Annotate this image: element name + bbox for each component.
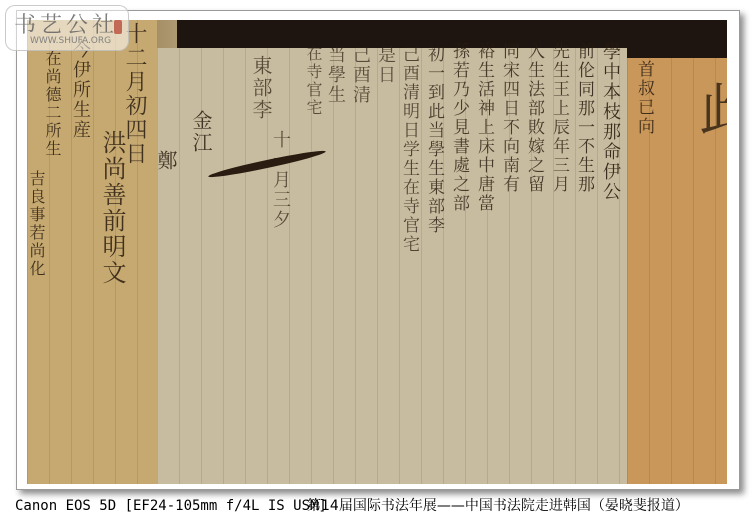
watermark: 书艺公社 WWW.SHUFA.ORG: [5, 5, 129, 51]
calligraphy-photo: 十二月初四日 洪尚善前明文 今伊所生産 在尚德二所生 吉良事若尚化 東部李 鄭 …: [27, 20, 727, 484]
script-column: 十一月三夕: [267, 130, 293, 230]
script-column: 己酉清明日学生在寺官宅: [397, 45, 421, 484]
script-column: 裕生活神上床中唐當: [472, 42, 497, 482]
script-column: 初一到此当學生東部李: [422, 45, 447, 484]
seal-icon: [114, 20, 122, 34]
script-column: 吉良事若尚化: [27, 170, 48, 278]
watermark-title: 书艺公社: [14, 8, 118, 39]
script-column: 今伊所生産: [67, 40, 93, 140]
dark-background-right: [627, 48, 727, 58]
camera-caption: Canon EOS 5D [EF24-105mm f/4L IS USM]: [15, 498, 327, 514]
script-column: 鄭: [152, 150, 181, 172]
script-column: 同宋四日不向南有: [497, 42, 522, 482]
script-column: 先生王上辰年三月: [547, 42, 572, 482]
script-column: 前伦同那一不生那: [572, 42, 597, 482]
script-column: 在尚德二所生: [41, 50, 64, 158]
script-column: 当學生: [322, 45, 348, 105]
script-column: 金江: [187, 110, 216, 154]
script-column: 入生法部敗嫁之留: [522, 42, 547, 482]
script-column: 此: [682, 80, 727, 138]
script-column: 東部李: [247, 55, 276, 121]
script-column: 孫若乃少見書處之部: [447, 42, 472, 482]
watermark-url: WWW.SHUFA.ORG: [30, 36, 111, 46]
script-column: 己酉清: [347, 45, 373, 105]
photo-title-caption: 第14届国际书法年展——中国书法院走进韩国（晏晓斐报道）: [307, 498, 689, 514]
script-column: 學中本枝那命伊公: [597, 42, 623, 482]
script-column: 是日: [372, 45, 398, 85]
script-column: 洪尚善前明文: [95, 130, 130, 286]
script-column: 首叔已向: [632, 60, 657, 480]
